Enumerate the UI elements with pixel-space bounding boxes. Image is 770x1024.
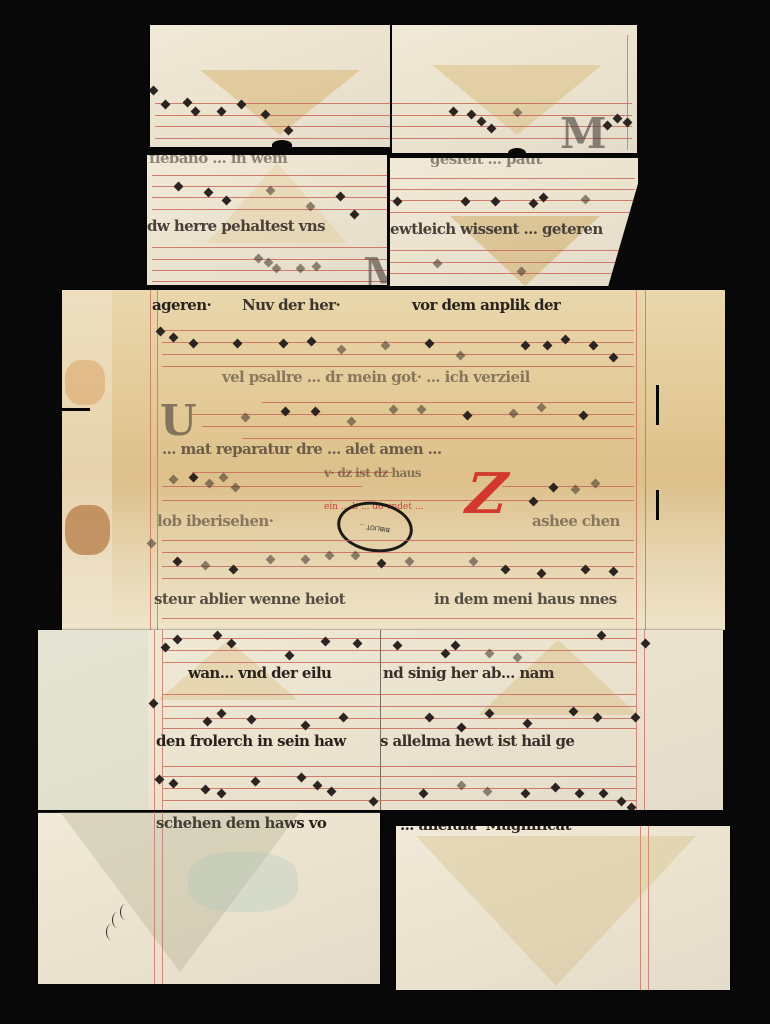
fold-stain: [416, 836, 696, 986]
staff-line: [202, 426, 634, 427]
neume: [231, 483, 241, 493]
neume: [457, 723, 467, 733]
neume: [549, 483, 559, 493]
faded-initial: M: [560, 113, 607, 153]
neume: [405, 557, 415, 567]
neume: [217, 709, 227, 719]
fragment-top-right: M: [392, 25, 637, 153]
staff-line: [163, 650, 636, 651]
neume: [296, 264, 306, 274]
staff-line: [163, 766, 636, 767]
staff-line: [392, 103, 632, 104]
neume: [509, 409, 519, 419]
fragment-middle: ageren· Nuv der her· vor dem anplik der …: [62, 290, 725, 630]
staff-line: [163, 788, 636, 789]
neume: [247, 715, 257, 725]
neume: [201, 785, 211, 795]
fragment-bottom-right: ... alleluia· Magnificat·: [396, 826, 730, 990]
neume: [254, 254, 264, 264]
text-line: s allelma hewt ist hail ge: [380, 732, 574, 750]
tear-notch: [508, 148, 526, 158]
fragment-lower: wan... vnd der eilu nd sinig her ab... n…: [38, 630, 723, 810]
staff-line: [242, 438, 634, 439]
staff-line: [390, 200, 635, 201]
neume: [433, 259, 443, 269]
staff-line: [163, 694, 636, 695]
staff-line: [155, 138, 390, 139]
neume: [233, 339, 243, 349]
staff-line: [390, 178, 635, 179]
margin-rule: [150, 290, 151, 630]
staff-line: [390, 273, 635, 274]
text-line: ashee chen: [532, 512, 620, 530]
neume: [521, 789, 531, 799]
neume: [297, 773, 307, 783]
tear: [62, 408, 90, 411]
left-margin: [62, 290, 112, 630]
neume: [537, 403, 547, 413]
neume: [353, 639, 363, 649]
neume: [150, 86, 158, 96]
neume: [456, 351, 466, 361]
neume: [617, 797, 627, 807]
left-margin: [38, 630, 148, 810]
rust-stain: [65, 360, 105, 405]
text-line: Nuv der her·: [242, 296, 340, 314]
neume: [551, 783, 561, 793]
neume: [389, 405, 399, 415]
neume: [217, 789, 227, 799]
staff-line: [162, 486, 362, 487]
staff-line: [162, 366, 634, 367]
neume: [463, 411, 473, 421]
neume: [251, 777, 261, 787]
staff-line: [152, 209, 387, 210]
neume: [149, 699, 159, 709]
neume: [451, 641, 461, 651]
neume: [627, 803, 637, 810]
neume: [173, 557, 183, 567]
text-line: den frolerch in sein haw: [156, 732, 346, 750]
margin-rule: [644, 630, 645, 810]
neume: [219, 473, 229, 483]
neume: [581, 195, 591, 205]
tear: [656, 385, 659, 425]
neume: [529, 497, 539, 507]
staff-line: [390, 250, 635, 251]
text-line: in dem meni haus nnes: [434, 590, 617, 608]
neume: [575, 789, 585, 799]
staff-line: [502, 486, 634, 487]
staff-line: [163, 662, 636, 663]
neume: [279, 339, 289, 349]
margin-rule: [154, 630, 155, 810]
fragment-top-left: [150, 25, 390, 147]
fragment-second-left: flebano ... in wem dw herre pehaltest vn…: [147, 155, 387, 285]
rust-stain: [65, 505, 110, 555]
fragment-bottom-left: schehen dem haws vo: [38, 812, 380, 984]
margin-rule: [645, 290, 646, 630]
neume: [393, 641, 403, 651]
neume: [161, 100, 171, 110]
neume: [523, 719, 533, 729]
text-line: gesfeit ... paut: [430, 158, 542, 168]
text-line: ... alleluia· Magnificat·: [400, 826, 576, 834]
staff-line: [163, 718, 636, 719]
neume: [169, 779, 179, 789]
neume: [419, 789, 429, 799]
tear-notch: [272, 140, 292, 150]
staff-line: [162, 578, 634, 579]
neume: [301, 555, 311, 565]
staff-line: [163, 728, 636, 729]
neume: [609, 567, 619, 577]
staff-line: [162, 354, 634, 355]
text-line: ageren·: [152, 296, 211, 314]
tear: [656, 490, 659, 520]
staff-line: [152, 270, 387, 271]
neume: [461, 197, 471, 207]
staff-line: [162, 500, 634, 501]
neume: [189, 473, 199, 483]
faded-initial: M: [363, 253, 387, 285]
neume: [417, 405, 427, 415]
neume: [337, 345, 347, 355]
text-line: dw herre pehaltest vns: [147, 217, 325, 235]
text-line: lob iberisehen·: [157, 512, 273, 530]
neume: [369, 797, 379, 807]
pen-sketch: [120, 904, 131, 920]
margin-rule: [627, 35, 628, 150]
staff-line: [152, 247, 387, 248]
neume: [469, 557, 479, 567]
staff-line: [192, 414, 634, 415]
staff-line: [163, 800, 636, 801]
fragment-second-right: gesfeit ... paut ewtleich wissent ... ge…: [390, 158, 638, 286]
staff-line: [155, 115, 390, 116]
text-line: nd sinig her ab... nam: [383, 664, 554, 682]
staff-line: [162, 540, 634, 541]
margin-rule: [636, 290, 637, 630]
neume: [174, 182, 184, 192]
staff-line: [163, 638, 636, 639]
neume: [169, 333, 179, 343]
staff-line: [162, 330, 634, 331]
neume: [641, 639, 651, 649]
neume: [350, 210, 360, 220]
staff-line: [152, 281, 387, 282]
neume: [491, 197, 501, 207]
neume: [393, 197, 403, 207]
text-line: ... mat reparatur dre ... alet amen ...: [162, 440, 442, 458]
neume: [425, 713, 435, 723]
neume: [339, 713, 349, 723]
staff-line: [152, 197, 387, 198]
neume: [189, 339, 199, 349]
neume: [147, 539, 157, 549]
staff-line: [262, 402, 634, 403]
green-stain: [188, 852, 298, 912]
neume: [599, 789, 609, 799]
staff-line: [163, 706, 636, 707]
staff-line: [390, 212, 635, 213]
text-line: vor dem anplik der: [412, 296, 560, 314]
neume: [537, 569, 547, 579]
margin-rule: [162, 630, 163, 810]
neume: [266, 555, 276, 565]
neume: [201, 561, 211, 571]
neume: [579, 411, 589, 421]
margin-rule: [157, 290, 158, 630]
staff-line: [390, 189, 635, 190]
staff-line: [155, 126, 390, 127]
red-initial-z: Z: [458, 466, 514, 522]
text-line: wan... vnd der eilu: [188, 664, 331, 682]
neume: [169, 475, 179, 485]
neume: [183, 98, 193, 108]
staff-line: [162, 618, 634, 619]
staff-line: [162, 552, 634, 553]
neume: [631, 713, 641, 723]
seam: [380, 630, 381, 810]
text-line: vel psallre ... dr mein got· ... ich ver…: [222, 368, 530, 386]
faded-initial: U: [160, 400, 197, 442]
text-line: ewtleich wissent ... geteren: [390, 220, 603, 238]
staff-line: [163, 776, 636, 777]
text-line: steur ablier wenne heiot: [154, 590, 345, 608]
neume: [272, 264, 282, 274]
neume: [307, 337, 317, 347]
text-line: v· dz ist dz haus: [324, 466, 421, 480]
neume: [347, 417, 357, 427]
neume: [425, 339, 435, 349]
staff-line: [390, 262, 635, 263]
staff-line: [152, 175, 387, 176]
